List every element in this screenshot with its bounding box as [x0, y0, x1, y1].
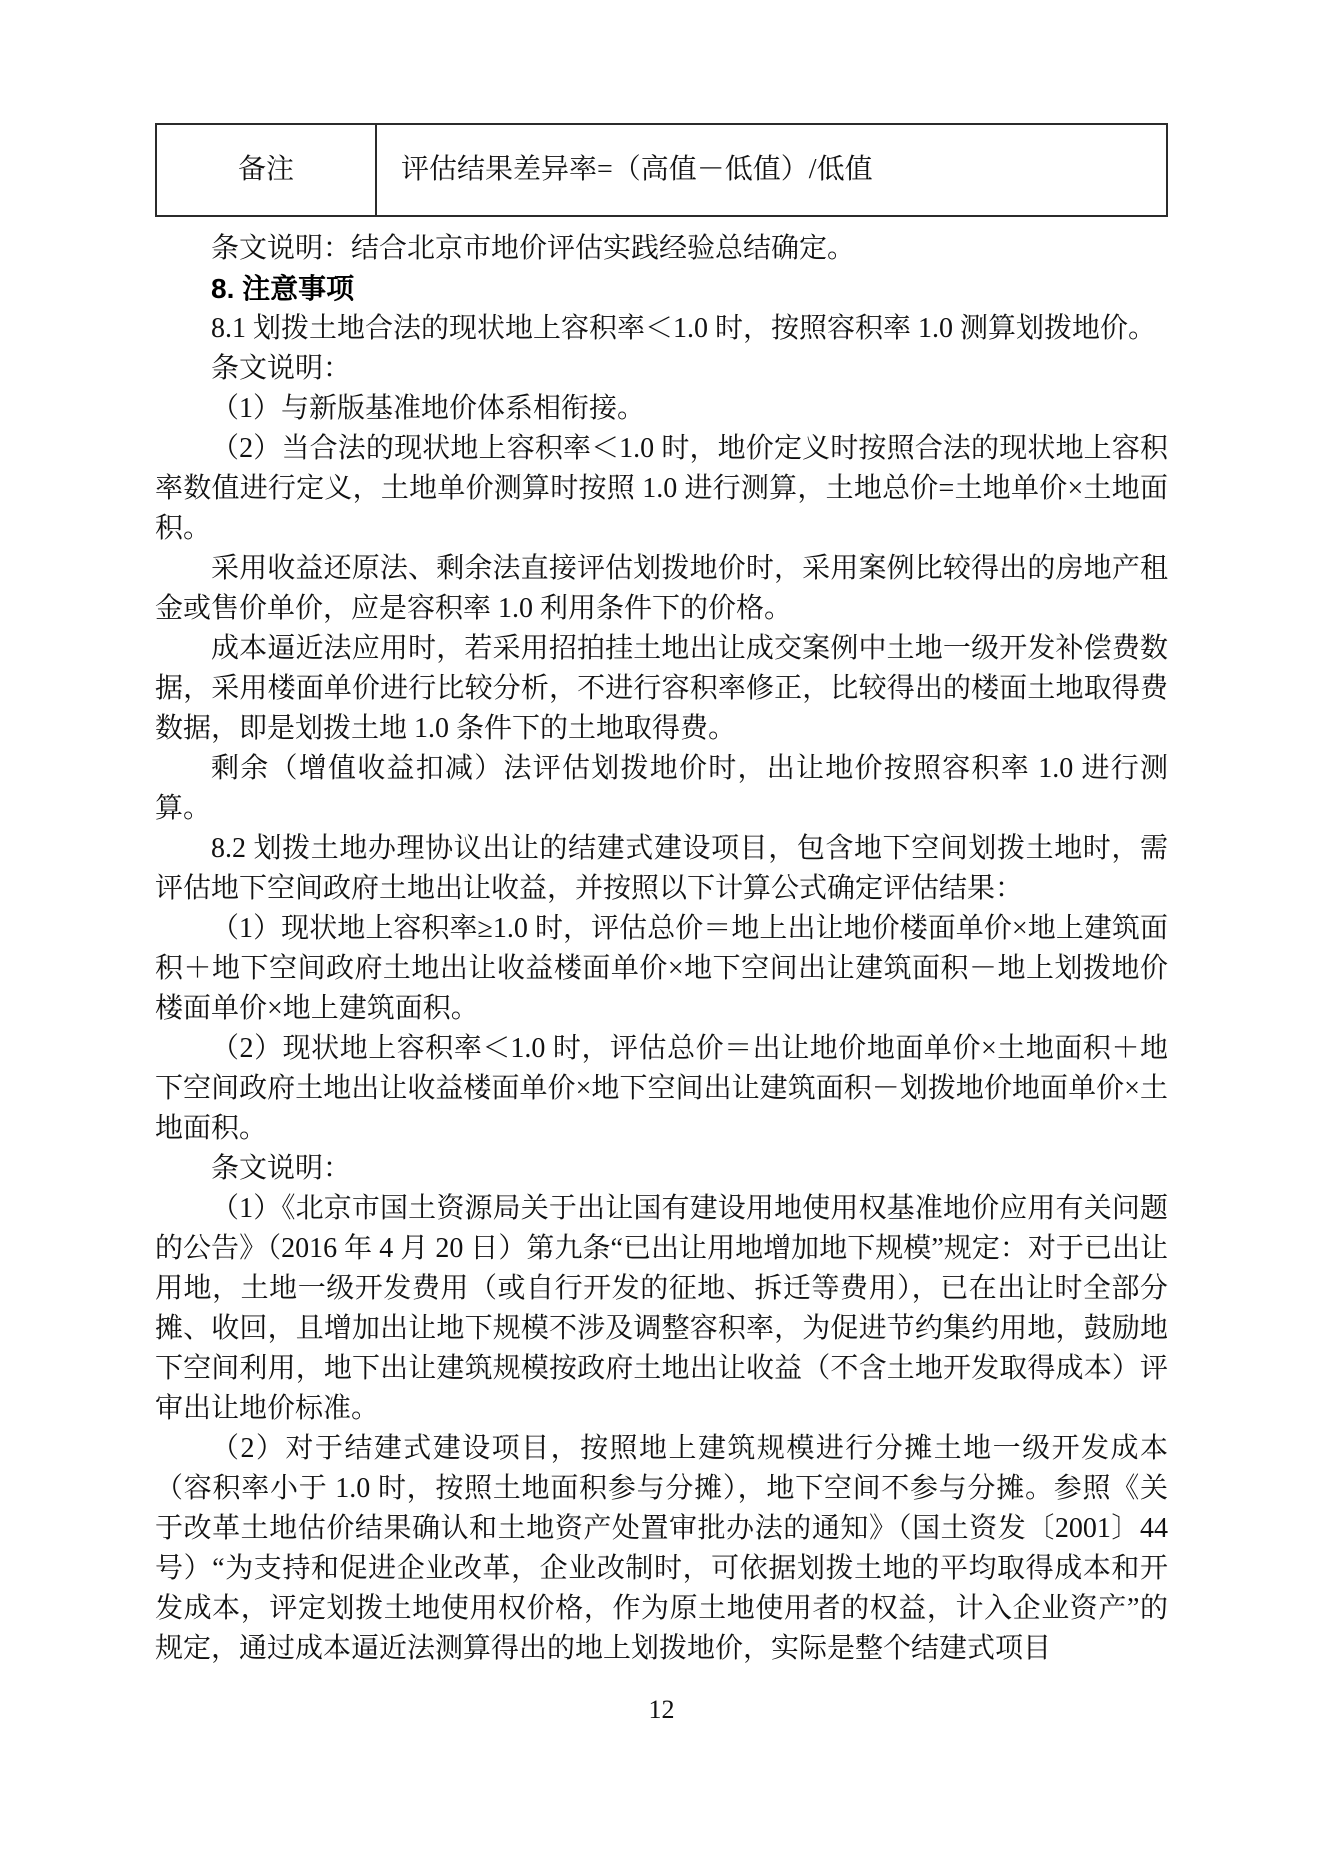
note-paragraph-income-method: 采用收益还原法、剩余法直接评估划拨地价时，采用案例比较得出的房地产租金或售价单价…: [155, 549, 1168, 629]
note-item-1: （1）与新版基准地价体系相衔接。: [155, 389, 1168, 429]
note-paragraph-residual-method: 剩余（增值收益扣减）法评估划拨地价时，出让地价按照容积率 1.0 进行测算。: [155, 749, 1168, 829]
clause-note-label-1: 条文说明：: [155, 349, 1168, 389]
explanation-item-1: （1）《北京市国土资源局关于出让国有建设用地使用权基准地价应用有关问题的公告》（…: [155, 1189, 1168, 1429]
note-paragraph-cost-method: 成本逼近法应用时，若采用招拍挂土地出让成交案例中土地一级开发补偿费数据，采用楼面…: [155, 629, 1168, 749]
explanation-item-2: （2）对于结建式建设项目，按照地上建筑规模进行分摊土地一级开发成本（容积率小于 …: [155, 1429, 1168, 1669]
table-row: 备注 评估结果差异率=（高值－低值）/低值: [156, 124, 1167, 216]
clause-note-summary: 条文说明：结合北京市地价评估实践经验总结确定。: [155, 229, 1168, 269]
page-number: 12: [155, 1693, 1168, 1727]
clause-8-2: 8.2 划拨土地办理协议出让的结建式建设项目，包含地下空间划拨土地时，需评估地下…: [155, 829, 1168, 909]
clause-note-label-2: 条文说明：: [155, 1149, 1168, 1189]
document-body: 条文说明：结合北京市地价评估实践经验总结确定。 8. 注意事项 8.1 划拨土地…: [155, 229, 1168, 1669]
remarks-label-cell: 备注: [156, 124, 376, 216]
remarks-value-cell: 评估结果差异率=（高值－低值）/低值: [376, 124, 1167, 216]
section-heading: 8. 注意事项: [155, 269, 1168, 309]
formula-item-1: （1）现状地上容积率≥1.0 时，评估总价＝地上出让地价楼面单价×地上建筑面积＋…: [155, 909, 1168, 1029]
remarks-table: 备注 评估结果差异率=（高值－低值）/低值: [155, 123, 1168, 217]
note-item-2: （2）当合法的现状地上容积率＜1.0 时，地价定义时按照合法的现状地上容积率数值…: [155, 429, 1168, 549]
document-page: 备注 评估结果差异率=（高值－低值）/低值 条文说明：结合北京市地价评估实践经验…: [0, 0, 1323, 1871]
clause-8-1: 8.1 划拨土地合法的现状地上容积率＜1.0 时，按照容积率 1.0 测算划拨地…: [155, 309, 1168, 349]
formula-item-2: （2）现状地上容积率＜1.0 时，评估总价＝出让地价地面单价×土地面积＋地下空间…: [155, 1029, 1168, 1149]
